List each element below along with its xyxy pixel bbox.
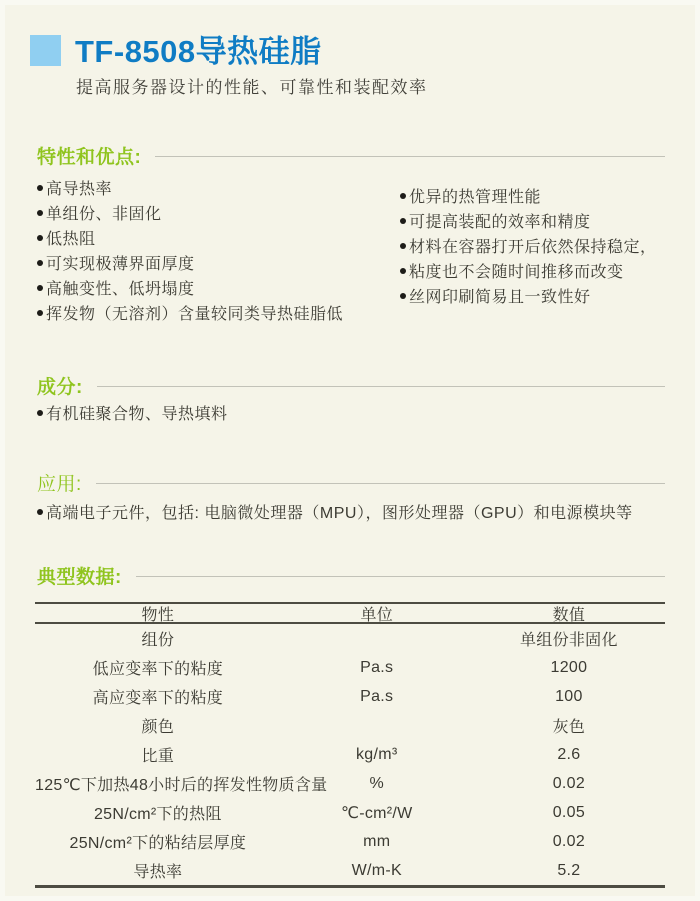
table-cell: 5.2 bbox=[473, 862, 665, 880]
application-list: 高端电子元件，包括: 电脑微处理器（MPU），图形处理器（GPU）和电源模块等 bbox=[37, 499, 665, 524]
list-item-text: 可提高装配的效率和精度 bbox=[409, 209, 591, 232]
list-item-text: 挥发物（无溶剂）含量较同类导热硅脂低 bbox=[46, 301, 343, 324]
table-cell: 0.05 bbox=[473, 804, 665, 822]
application-heading: 应用: bbox=[37, 469, 82, 496]
table-cell: 2.6 bbox=[473, 746, 665, 764]
table-row: 低应变率下的粘度Pa.s1200 bbox=[35, 653, 665, 682]
heading-rule bbox=[136, 576, 665, 577]
list-item: 材料在容器打开后依然保持稳定， bbox=[400, 233, 657, 258]
table-cell: Pa.s bbox=[281, 688, 473, 706]
bullet-icon bbox=[37, 509, 43, 515]
table-cell: 灰色 bbox=[473, 714, 665, 737]
page-subtitle: 提高服务器设计的性能、可靠性和装配效率 bbox=[76, 73, 428, 98]
table-cell: 25N/cm²下的粘结层厚度 bbox=[35, 830, 281, 853]
bullet-icon bbox=[400, 293, 406, 299]
heading-rule bbox=[97, 386, 665, 387]
table-header-row: 物性单位数值 bbox=[35, 602, 665, 624]
application-heading-row: 应用: bbox=[37, 470, 665, 494]
list-item-text: 优异的热管理性能 bbox=[409, 184, 541, 207]
table-cell: 1200 bbox=[473, 659, 665, 677]
bullet-icon bbox=[400, 218, 406, 224]
features-right-list: 优异的热管理性能可提高装配的效率和精度材料在容器打开后依然保持稳定，粘度也不会随… bbox=[400, 183, 657, 308]
heading-rule bbox=[155, 156, 665, 157]
datasheet-page: TF-8508导热硅脂 提高服务器设计的性能、可靠性和装配效率 特性和优点: 高… bbox=[0, 0, 700, 901]
table-row: 比重kg/m³2.6 bbox=[35, 740, 665, 769]
table-cell: Pa.s bbox=[281, 659, 473, 677]
composition-list: 有机硅聚合物、导热填料 bbox=[37, 400, 665, 425]
section-composition: 成分: 有机硅聚合物、导热填料 bbox=[37, 373, 665, 425]
list-item-text: 丝网印刷简易且一致性好 bbox=[409, 284, 591, 307]
heading-rule bbox=[96, 483, 665, 484]
table-cell: 单组份非固化 bbox=[473, 627, 665, 650]
list-item: 丝网印刷简易且一致性好 bbox=[400, 283, 657, 308]
list-item-text: 高触变性、低坍塌度 bbox=[46, 276, 195, 299]
bullet-icon bbox=[400, 268, 406, 274]
table-cell: 100 bbox=[473, 688, 665, 706]
title-square-icon bbox=[30, 35, 61, 66]
typical-data-heading: 典型数据: bbox=[37, 562, 122, 589]
list-item-text: 有机硅聚合物、导热填料 bbox=[46, 401, 228, 424]
table-cell: W/m-K bbox=[281, 862, 473, 880]
list-item: 有机硅聚合物、导热填料 bbox=[37, 400, 665, 425]
list-item-text: 粘度也不会随时间推移而改变 bbox=[409, 259, 624, 282]
table-cell: 0.02 bbox=[473, 833, 665, 851]
list-item-text: 可实现极薄界面厚度 bbox=[46, 251, 195, 274]
list-item: 高端电子元件，包括: 电脑微处理器（MPU），图形处理器（GPU）和电源模块等 bbox=[37, 499, 665, 524]
bullet-icon bbox=[37, 410, 43, 416]
bullet-icon bbox=[400, 193, 406, 199]
bullet-icon bbox=[37, 235, 43, 241]
table-cell: 比重 bbox=[35, 743, 281, 766]
section-typical-data: 典型数据: bbox=[37, 563, 665, 587]
list-item: 优异的热管理性能 bbox=[400, 183, 657, 208]
table-header-cell: 单位 bbox=[281, 602, 473, 625]
bullet-icon bbox=[37, 185, 43, 191]
table-row: 导热率W/m-K5.2 bbox=[35, 856, 665, 885]
table-row: 高应变率下的粘度Pa.s100 bbox=[35, 682, 665, 711]
table-cell: mm bbox=[281, 833, 473, 851]
table-cell: 25N/cm²下的热阻 bbox=[35, 801, 281, 824]
list-item-text: 高导热率 bbox=[46, 176, 112, 199]
table-cell: 高应变率下的粘度 bbox=[35, 685, 281, 708]
table-cell: 0.02 bbox=[473, 775, 665, 793]
table-cell: % bbox=[281, 775, 473, 793]
table-cell: 125℃下加热48小时后的挥发性物质含量 bbox=[35, 772, 281, 795]
typical-data-heading-row: 典型数据: bbox=[37, 563, 665, 587]
table-row: 25N/cm²下的热阻℃-cm²/W0.05 bbox=[35, 798, 665, 827]
section-features: 特性和优点: 高导热率单组份、非固化低热阻可实现极薄界面厚度高触变性、低坍塌度挥… bbox=[37, 143, 665, 325]
features-columns: 高导热率单组份、非固化低热阻可实现极薄界面厚度高触变性、低坍塌度挥发物（无溶剂）… bbox=[37, 175, 665, 325]
table-row: 颜色灰色 bbox=[35, 711, 665, 740]
bullet-icon bbox=[37, 310, 43, 316]
table-cell: ℃-cm²/W bbox=[281, 803, 473, 823]
list-item-text: 高端电子元件，包括: 电脑微处理器（MPU），图形处理器（GPU）和电源模块等 bbox=[46, 500, 633, 523]
table-header-cell: 物性 bbox=[35, 602, 281, 625]
table-cell: 低应变率下的粘度 bbox=[35, 656, 281, 679]
bullet-icon bbox=[37, 285, 43, 291]
table-cell: kg/m³ bbox=[281, 746, 473, 764]
bullet-icon bbox=[37, 260, 43, 266]
page-title: TF-8508导热硅脂 bbox=[75, 26, 322, 71]
table-row: 125℃下加热48小时后的挥发性物质含量%0.02 bbox=[35, 769, 665, 798]
bullet-icon bbox=[37, 210, 43, 216]
list-item-text: 材料在容器打开后依然保持稳定， bbox=[409, 234, 657, 257]
table-row: 组份单组份非固化 bbox=[35, 624, 665, 653]
list-item-text: 低热阻 bbox=[46, 226, 96, 249]
table-cell: 颜色 bbox=[35, 714, 281, 737]
section-application: 应用: 高端电子元件，包括: 电脑微处理器（MPU），图形处理器（GPU）和电源… bbox=[37, 470, 665, 524]
composition-heading-row: 成分: bbox=[37, 373, 665, 397]
table-header-cell: 数值 bbox=[473, 602, 665, 625]
bullet-icon bbox=[400, 243, 406, 249]
table-row: 25N/cm²下的粘结层厚度mm0.02 bbox=[35, 827, 665, 856]
table-body: 组份单组份非固化低应变率下的粘度Pa.s1200高应变率下的粘度Pa.s100颜… bbox=[35, 624, 665, 885]
list-item: 可提高装配的效率和精度 bbox=[400, 208, 657, 233]
composition-heading: 成分: bbox=[37, 372, 83, 399]
table-cell: 导热率 bbox=[35, 859, 281, 882]
features-heading-row: 特性和优点: bbox=[37, 143, 665, 167]
list-item: 粘度也不会随时间推移而改变 bbox=[400, 258, 657, 283]
list-item-text: 单组份、非固化 bbox=[46, 201, 162, 224]
features-heading: 特性和优点: bbox=[37, 142, 141, 169]
typical-data-table: 物性单位数值 组份单组份非固化低应变率下的粘度Pa.s1200高应变率下的粘度P… bbox=[35, 602, 665, 888]
table-cell: 组份 bbox=[35, 627, 281, 650]
